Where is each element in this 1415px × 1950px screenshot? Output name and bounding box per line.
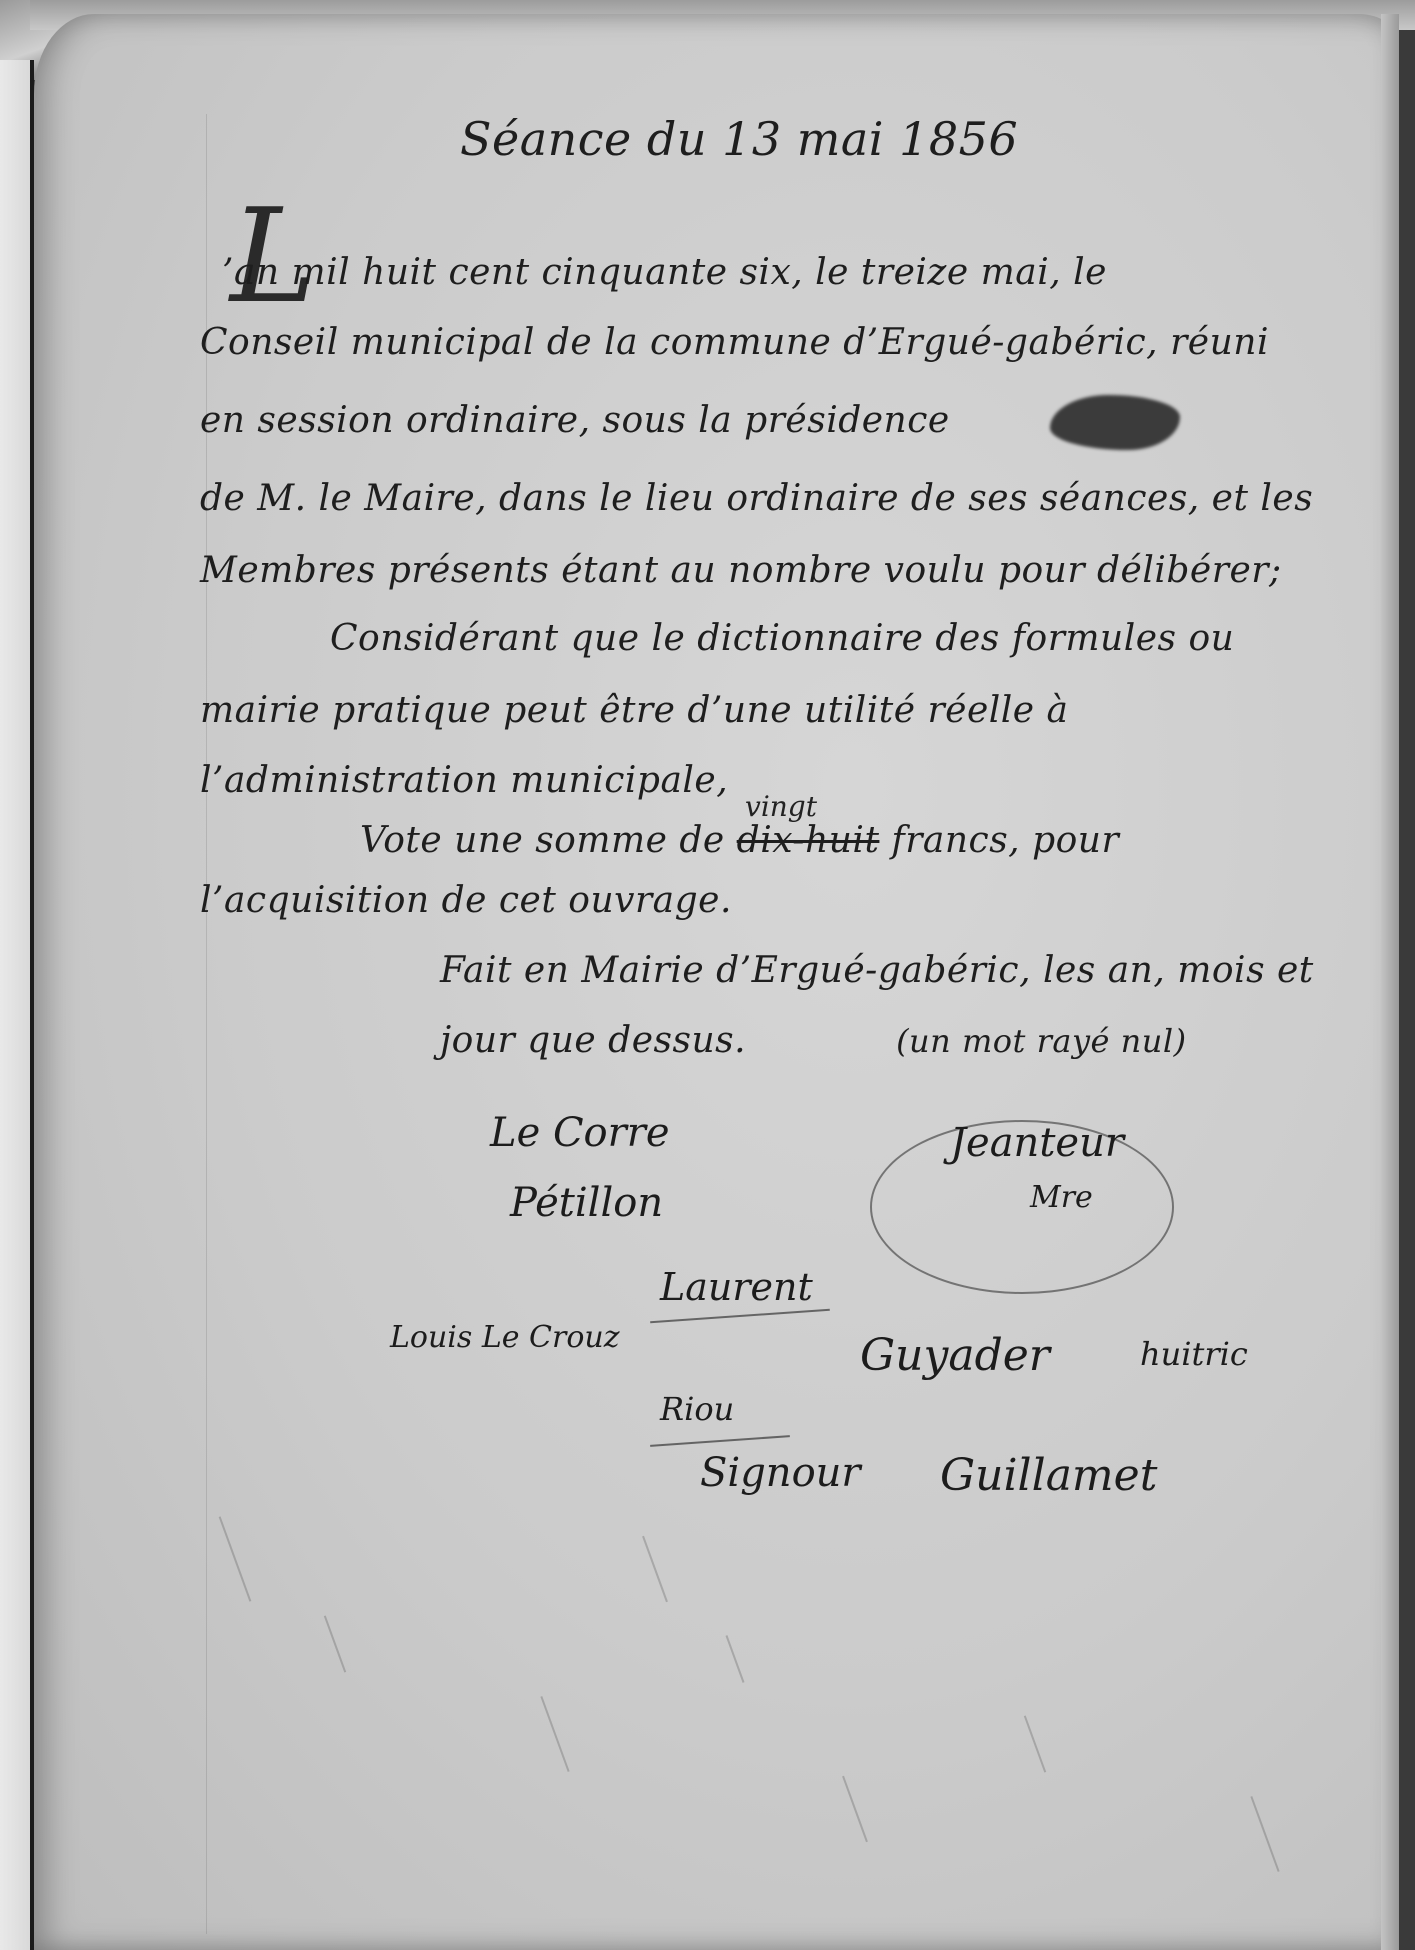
considering-line-2: mairie pratique peut être d’une utilité …	[200, 690, 1069, 731]
bleed-through-mark	[219, 1516, 252, 1601]
signature-petillon: Pétillon	[510, 1180, 663, 1226]
signature-huitric: huitric	[1140, 1335, 1248, 1373]
text-line-2: Conseil municipal de la commune d’Ergué-…	[200, 322, 1269, 363]
vote-text-before: Vote une somme de	[360, 820, 737, 861]
closing-text: jour que dessus.	[440, 1020, 746, 1061]
bleed-through-mark	[1250, 1796, 1279, 1872]
bleed-through-mark	[324, 1615, 346, 1672]
ink-blot	[1050, 395, 1180, 450]
text-line-1: ’an mil huit cent cinquante six, le trei…	[222, 252, 1107, 293]
bleed-through-mark	[1024, 1715, 1046, 1772]
margin-rule	[206, 114, 207, 1934]
signature-title-maire: Mre	[1030, 1180, 1093, 1215]
considering-line-1: Considérant que le dictionnaire des form…	[330, 618, 1234, 659]
vote-continuation: l’acquisition de cet ouvrage.	[200, 880, 732, 921]
closing-line-2: jour que dessus.(un mot rayé nul)	[440, 1020, 1187, 1061]
bleed-through-mark	[842, 1776, 868, 1842]
interlinear-correction: vingt	[745, 790, 817, 823]
signature-le-corre: Le Corre	[490, 1110, 670, 1156]
text-line-4: de M. le Maire, dans le lieu ordinaire d…	[200, 478, 1313, 519]
signature-jeanteur: Jeanteur	[950, 1120, 1124, 1166]
vote-line: Vote une somme de dix-huit francs, pour	[360, 820, 1119, 861]
session-heading: Séance du 13 mai 1856	[460, 112, 1018, 166]
adjacent-page-edge	[0, 60, 34, 1950]
signature-riou: Riou	[660, 1390, 734, 1428]
signature-laurent: Laurent	[660, 1265, 813, 1309]
struck-amount: dix-huit	[737, 820, 880, 861]
bleed-through-mark	[726, 1635, 745, 1683]
signature-guillamet: Guillamet	[940, 1450, 1157, 1501]
text-line-5: Membres présents étant au nombre voulu p…	[200, 550, 1282, 591]
bleed-through-mark	[642, 1536, 668, 1602]
bleed-through-mark	[540, 1696, 569, 1772]
signature-louis-le-crouz: Louis Le Crouz	[390, 1320, 620, 1355]
signature-signour: Signour	[700, 1450, 861, 1496]
vote-text-after: francs, pour	[879, 820, 1119, 861]
closing-line-1: Fait en Mairie d’Ergué-gabéric, les an, …	[440, 950, 1314, 991]
margin-note: (un mot rayé nul)	[896, 1022, 1187, 1060]
text-line-3: en session ordinaire, sous la présidence	[200, 400, 950, 441]
page-right-edge	[1381, 14, 1399, 1950]
signature-guyader: Guyader	[860, 1330, 1050, 1381]
considering-line-3: l’administration municipale,	[200, 760, 728, 801]
